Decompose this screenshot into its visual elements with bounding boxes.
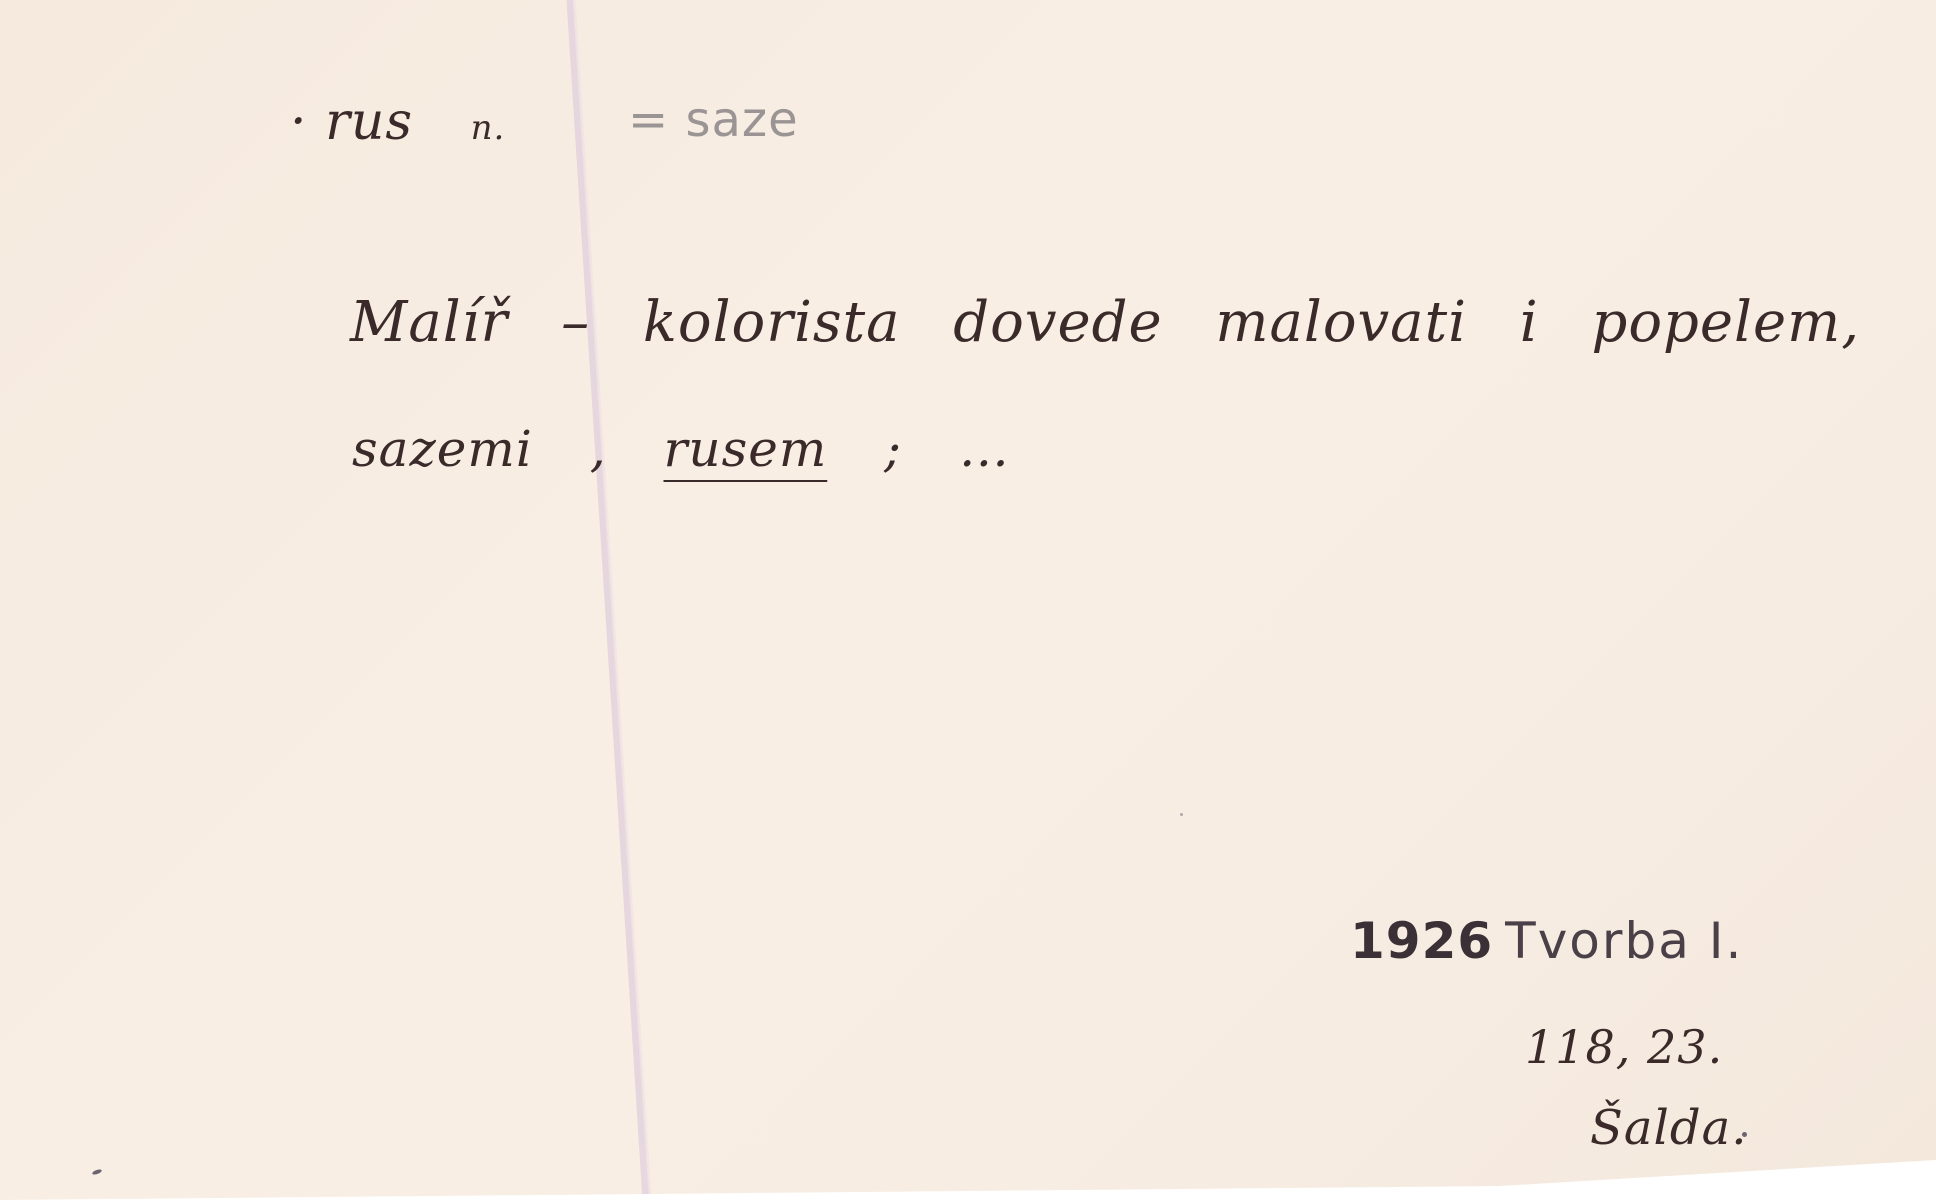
citation-line-2: sazemi , rusem ; …: [352, 420, 1010, 478]
stamp-year: 1926: [1350, 912, 1493, 970]
grammar-label: n.: [471, 108, 506, 148]
ink-speck: [1742, 1132, 1747, 1137]
author-name: Šalda.: [1590, 1100, 1747, 1156]
ink-speck: [1180, 813, 1183, 816]
headword-text: rus: [325, 92, 413, 152]
bullet-dot: ·: [290, 92, 308, 152]
stamp-work-title: Tvorba I.: [1505, 912, 1743, 970]
source-stamp: 1926Tvorba I.: [1350, 912, 1743, 970]
pencil-synonym-note: = saze: [628, 92, 799, 148]
citation-line-2-start: sazemi ,: [352, 420, 607, 478]
ink-speck: [92, 1168, 103, 1175]
headword: · rus n.: [290, 92, 505, 152]
index-card: · rus n. = saze Malíř – kolorista dovede…: [0, 0, 1936, 1200]
highlighted-headword: rusem: [664, 420, 828, 478]
page-reference: 118, 23.: [1525, 1020, 1723, 1074]
citation-line-1: Malíř – kolorista dovede malovati i pope…: [350, 290, 1860, 355]
citation-line-2-end: ; …: [884, 420, 1010, 478]
